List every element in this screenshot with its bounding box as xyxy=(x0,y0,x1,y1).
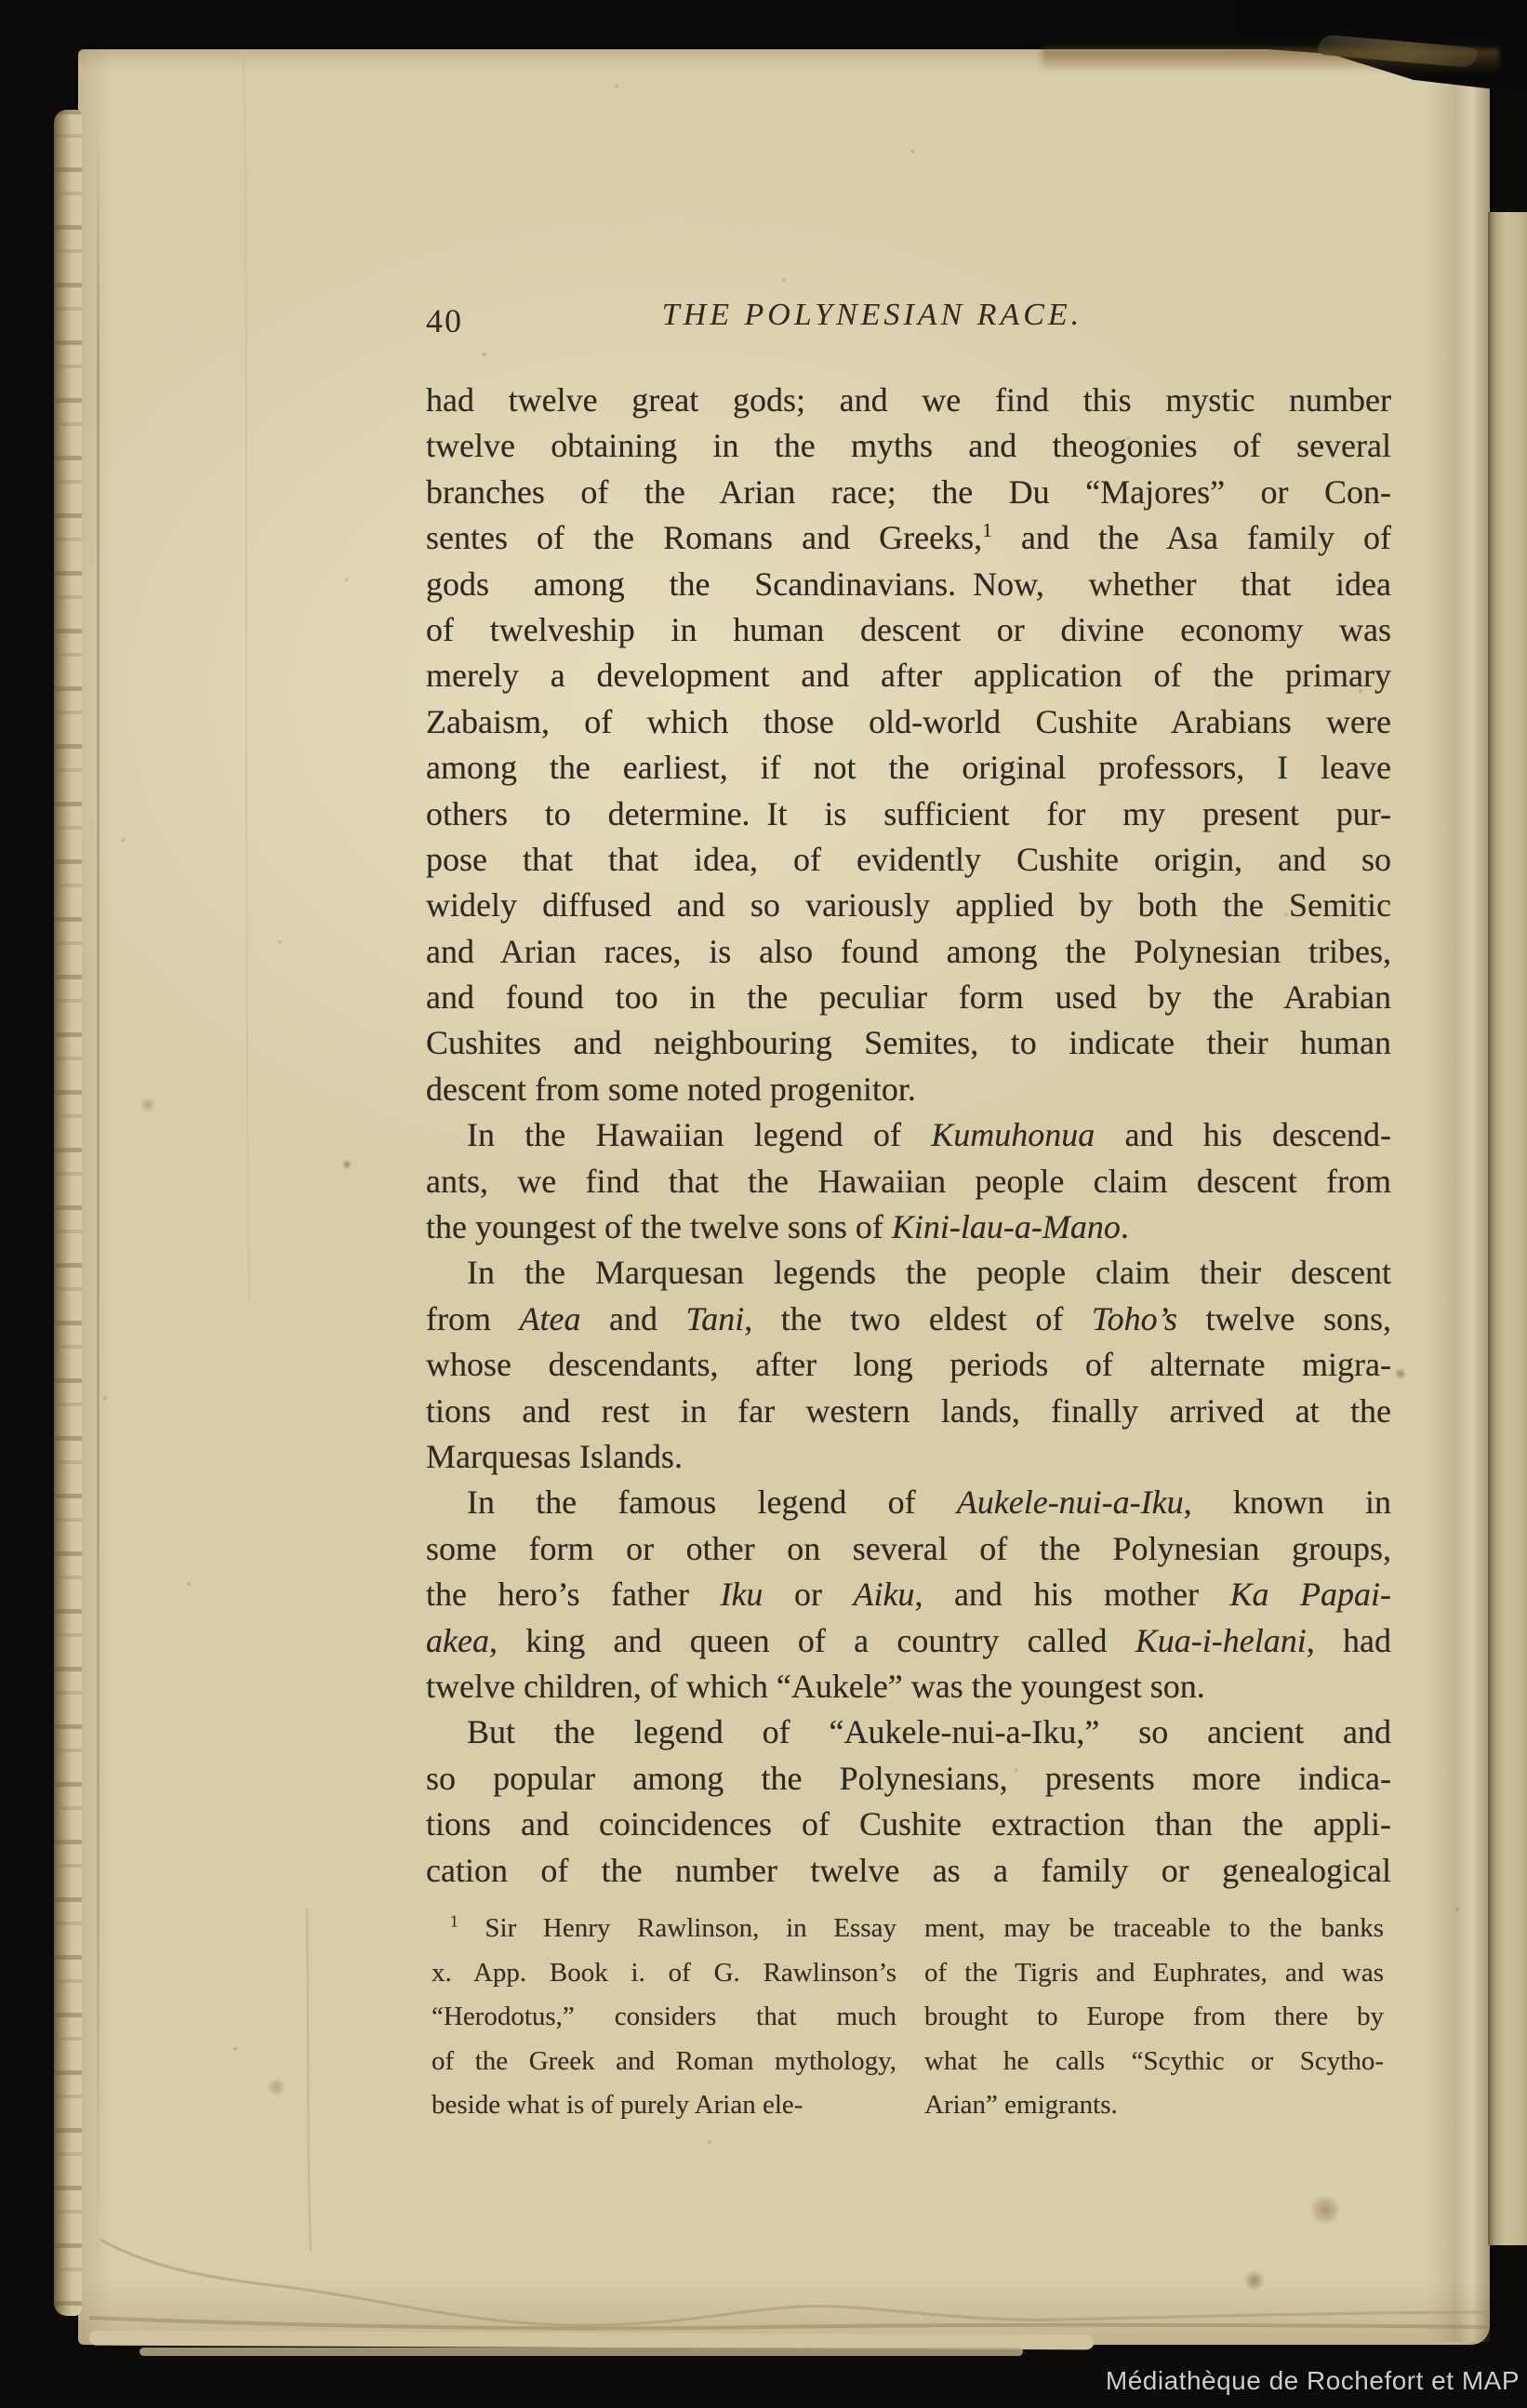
foxing-spot xyxy=(1242,2269,1267,2292)
body-line: In the Marquesan legends the people clai… xyxy=(426,1250,1391,1296)
footnote-line: ment, may be traceable to the banks xyxy=(924,1907,1384,1951)
body-line: among the earliest, if not the original … xyxy=(426,745,1391,791)
foxing-spot xyxy=(266,2078,286,2096)
facing-page-edge xyxy=(1488,212,1527,2245)
body-line: cation of the number twelve as a family … xyxy=(426,1848,1391,1894)
foxing-spot xyxy=(342,1159,352,1170)
body-line: ants, we find that the Hawaiian people c… xyxy=(426,1159,1391,1204)
footnote-line: Arian” emigrants. xyxy=(924,2083,1384,2128)
body-line: sentes of the Romans and Greeks,1 and th… xyxy=(426,515,1391,561)
body-line: Marquesas Islands. xyxy=(426,1434,1391,1480)
footnote-line: “Herodotus,” considers that much xyxy=(432,1995,896,2040)
body-line: tions and rest in far western lands, fin… xyxy=(426,1389,1391,1434)
body-line: some form or other on several of the Pol… xyxy=(426,1526,1391,1572)
left-edge-crease xyxy=(97,112,100,2288)
body-line: the youngest of the twelve sons of Kini-… xyxy=(426,1204,1391,1250)
body-line: and Arian races, is also found among the… xyxy=(426,929,1391,975)
footnote-left-column: 1 Sir Henry Rawlinson, in Essayx. App. B… xyxy=(432,1907,896,2128)
top-edge-stain xyxy=(1042,48,1499,73)
footnote-line: of the Tigris and Euphrates, and was xyxy=(924,1951,1384,1996)
footnote-right-column: ment, may be traceable to the banksof th… xyxy=(924,1907,1384,2128)
body-line: of twelveship in human descent or divine… xyxy=(426,607,1391,653)
body-line: twelve children, of which “Aukele” was t… xyxy=(426,1664,1391,1710)
paper-specks xyxy=(0,0,2,2)
scanned-book-page: 40 THE POLYNESIAN RACE. had twelve great… xyxy=(0,0,1527,2408)
page-header: 40 THE POLYNESIAN RACE. xyxy=(426,296,1391,344)
body-line: Zabaism, of which those old-world Cushit… xyxy=(426,699,1391,745)
body-line: Cushites and neighbouring Semites, to in… xyxy=(426,1020,1391,1066)
footnote-line: x. App. Book i. of G. Rawlinson’s xyxy=(432,1951,896,1996)
body-line: and found too in the peculiar form used … xyxy=(426,975,1391,1020)
body-line: others to determine. It is sufficient fo… xyxy=(426,792,1391,837)
body-line: pose that that idea, of evidently Cushit… xyxy=(426,837,1391,883)
footnote-line: 1 Sir Henry Rawlinson, in Essay xyxy=(432,1907,896,1951)
body-line: the hero’s father Iku or Aiku, and his m… xyxy=(426,1572,1391,1617)
deckled-left-edge xyxy=(54,110,82,2316)
foxing-spot xyxy=(139,1098,156,1112)
body-line: so popular among the Polynesians, presen… xyxy=(426,1756,1391,1802)
footnote-line: brought to Europe from there by xyxy=(924,1995,1384,2040)
underpage-bottom-edge xyxy=(139,2348,1023,2356)
foxing-spot xyxy=(1395,1367,1406,1380)
body-line: from Atea and Tani, the two eldest of To… xyxy=(426,1297,1391,1342)
running-title: THE POLYNESIAN RACE. xyxy=(426,298,1319,333)
body-line: In the famous legend of Aukele-nui-a-Iku… xyxy=(426,1480,1391,1525)
body-text: had twelve great gods; and we find this … xyxy=(426,378,1391,1894)
body-line: merely a development and after applicati… xyxy=(426,653,1391,698)
body-line: gods among the Scandinavians. Now, wheth… xyxy=(426,562,1391,607)
footnote-line: beside what is of purely Arian ele- xyxy=(432,2083,896,2128)
body-line: twelve obtaining in the myths and theogo… xyxy=(426,423,1391,469)
body-line: widely diffused and so variously applied… xyxy=(426,883,1391,928)
foxing-spot xyxy=(1309,2195,1341,2225)
body-line: tions and coincidences of Cushite extrac… xyxy=(426,1802,1391,1847)
footnote-line: of the Greek and Roman mythology, xyxy=(432,2040,896,2084)
body-line: akea, king and queen of a country called… xyxy=(426,1618,1391,1664)
body-line: whose descendants, after long periods of… xyxy=(426,1342,1391,1388)
footnote-line: what he calls “Scythic or Scytho- xyxy=(924,2040,1384,2084)
body-line: branches of the Arian race; the Du “Majo… xyxy=(426,470,1391,515)
body-line: But the legend of “Aukele-nui-a-Iku,” so… xyxy=(426,1710,1391,1755)
library-watermark: Médiathèque de Rochefort et MAP xyxy=(1106,2366,1520,2396)
body-line: had twelve great gods; and we find this … xyxy=(426,378,1391,423)
right-page-curl-shadow xyxy=(1427,52,1490,2342)
body-line: In the Hawaiian legend of Kumuhonua and … xyxy=(426,1112,1391,1158)
body-line: descent from some noted progenitor. xyxy=(426,1067,1391,1112)
